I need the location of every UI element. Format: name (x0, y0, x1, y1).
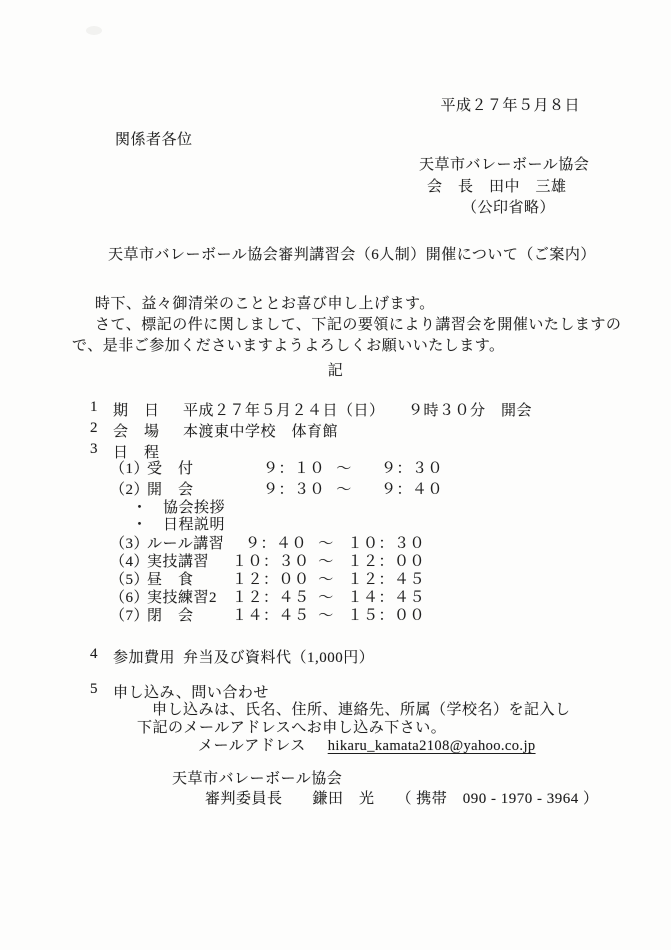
email-address: hikaru_kamata2108@yahoo.co.jp (328, 737, 536, 755)
application-instruction-1: 申し込みは、氏名、住所、連絡先、所属（学校名）を記入し (152, 701, 571, 719)
item-date: 1 期 日 平成２７年５月２４日（日） ９時３０分 開会 (90, 399, 532, 420)
item-number: 2 (90, 420, 113, 441)
application-instruction-2: 下記のメールアドレスへお申し込み下さい。 (137, 719, 446, 737)
document-title: 天草市バレーボール協会審判講習会（6人制）開催について（ご案内） (108, 246, 596, 264)
item-value: 本渡東中学校 体育館 (183, 420, 338, 441)
schedule-row-number: （1） (110, 457, 147, 478)
schedule-row-number: （2） (110, 478, 147, 499)
item-label: 申し込み、問い合わせ (113, 681, 269, 702)
contact-phone: （ 携帯 090 - 1970 - 3964 ） (397, 790, 599, 808)
schedule-row-reception: （1） 受 付 ９：１０ ～ ９：３０ (110, 457, 443, 478)
recipient-line: 関係者各位 (115, 131, 193, 149)
greeting-line-2: さて、標記の件に関しまして、下記の要領により講習会を開催いたしますの (95, 316, 621, 334)
item-venue: 2 会 場 本渡東中学校 体育館 (90, 420, 338, 441)
tilde-separator: ～ (325, 478, 363, 499)
item-label: 会 場 (113, 420, 183, 441)
schedule-start-time: ９：１０ (250, 457, 325, 478)
sender-seal-note: （公印省略） (419, 198, 589, 220)
item-application: 5 申し込み、問い合わせ (90, 681, 269, 702)
schedule-row-opening: （2） 開 会 ９：３０ ～ ９：４０ (110, 478, 443, 499)
tilde-separator: ～ (307, 604, 345, 625)
greeting-line-1: 時下、益々御清栄のこととお喜び申し上げます。 (95, 295, 435, 313)
sender-chairman-name: 会 長 田中 三雄 (419, 177, 589, 199)
item-number: 1 (90, 399, 113, 420)
schedule-end-time: ９：４０ (363, 478, 443, 499)
item-number: 5 (90, 681, 113, 702)
item-fee: 4 参加費用 弁当及び資料代（1,000円） (90, 646, 374, 667)
contact-name: 鎌田 光 (313, 790, 375, 808)
email-line: メールアドレス hikaru_kamata2108@yahoo.co.jp (198, 737, 536, 755)
opening-bullet-greeting: ・ 協会挨拶 (132, 499, 225, 517)
email-label: メールアドレス (198, 737, 306, 755)
schedule-row-number: （7） (110, 604, 147, 625)
scanned-document-page: 平成２７年５月８日 関係者各位 天草市バレーボール協会 会 長 田中 三雄 （公… (0, 0, 671, 950)
schedule-row-name: 閉 会 (147, 604, 232, 625)
schedule-start-time: １４：４５ (232, 604, 307, 625)
ki-marker: 記 (0, 362, 671, 380)
scan-artifact (86, 26, 102, 35)
item-number: 4 (90, 646, 113, 667)
greeting-line-3: で、是非ご参加くださいますようよろしくお願いいたします。 (72, 337, 505, 355)
item-value: 弁当及び資料代（1,000円） (183, 646, 374, 667)
schedule-end-time: ９：３０ (363, 457, 443, 478)
footer-contact-line: 審判委員長 鎌田 光 （ 携帯 090 - 1970 - 3964 ） (205, 790, 599, 808)
schedule-row-name: 開 会 (147, 478, 232, 499)
item-value: 平成２７年５月２４日（日） ９時３０分 開会 (183, 399, 532, 420)
schedule-start-time: ９：３０ (250, 478, 325, 499)
sender-organization: 天草市バレーボール協会 (419, 155, 589, 177)
contact-role: 審判委員長 (205, 790, 283, 808)
tilde-separator: ～ (325, 457, 363, 478)
footer-organization: 天草市バレーボール協会 (172, 770, 342, 788)
item-label: 期 日 (113, 399, 183, 420)
item-label: 参加費用 (113, 646, 183, 667)
schedule-end-time: １５：００ (345, 604, 425, 625)
schedule-row-closing: （7） 閉 会 １４：４５ ～ １５：００ (110, 604, 425, 625)
document-date: 平成２７年５月８日 (440, 97, 580, 115)
schedule-row-name: 受 付 (147, 457, 232, 478)
sender-block: 天草市バレーボール協会 会 長 田中 三雄 （公印省略） (419, 155, 589, 220)
